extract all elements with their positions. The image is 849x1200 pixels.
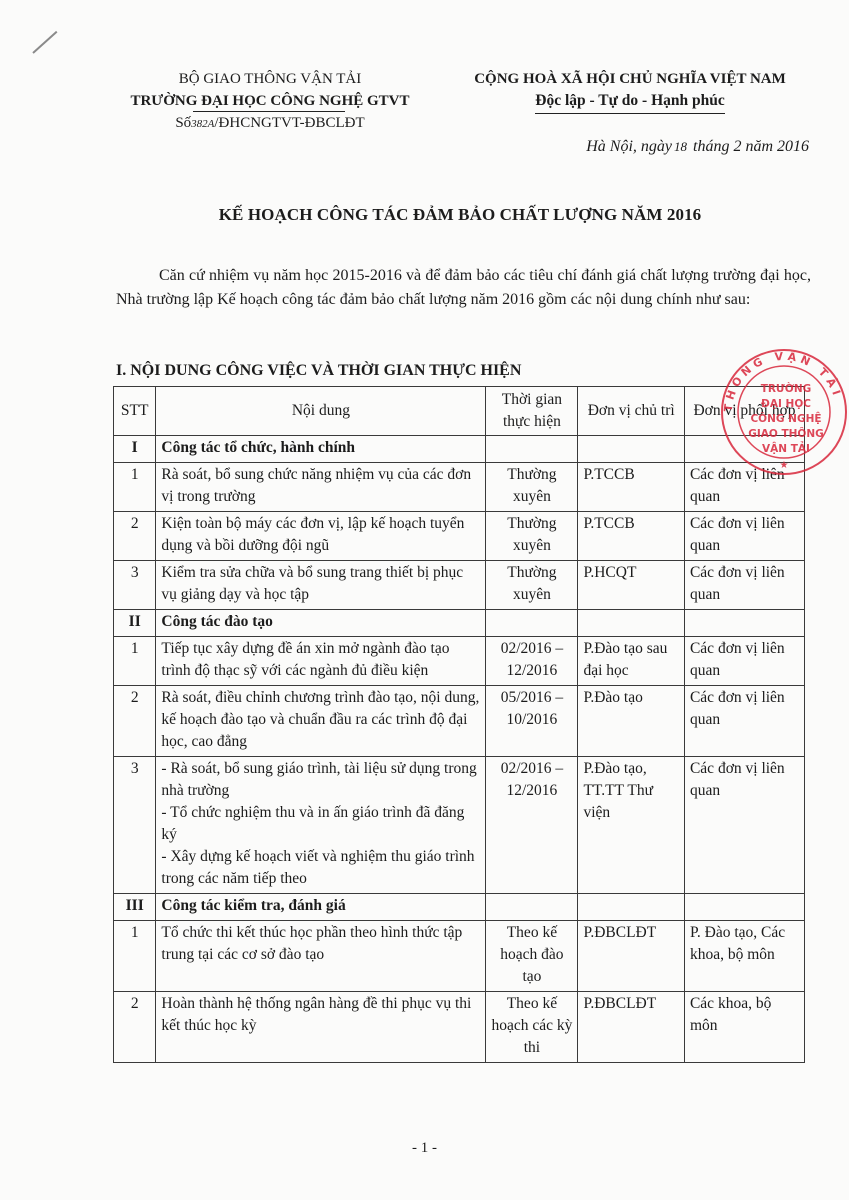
row-number: 2 xyxy=(114,512,156,561)
table-row: 3- Rà soát, bổ sung giáo trình, tài liệu… xyxy=(114,757,805,894)
table-row: 1Tổ chức thi kết thúc học phần theo hình… xyxy=(114,921,805,992)
row-time: Theo kế hoạch đào tạo xyxy=(486,921,578,992)
row-number: 1 xyxy=(114,637,156,686)
empty-cell xyxy=(486,610,578,637)
row-lead-unit: P.ĐBCLĐT xyxy=(578,921,685,992)
plan-table: STT Nội dung Thời gian thực hiện Đơn vị … xyxy=(113,386,805,1063)
empty-cell xyxy=(486,436,578,463)
row-coop-unit: Các đơn vị liên quan xyxy=(684,561,804,610)
row-coop-unit: Các khoa, bộ môn xyxy=(684,992,804,1063)
header-right: CỘNG HOÀ XÃ HỘI CHỦ NGHĨA VIỆT NAM Độc l… xyxy=(440,68,820,114)
row-number: 3 xyxy=(114,757,156,894)
empty-cell xyxy=(578,436,685,463)
row-content: Kiểm tra sửa chữa và bổ sung trang thiết… xyxy=(156,561,486,610)
ministry-name: BỘ GIAO THÔNG VẬN TẢI xyxy=(100,68,440,90)
row-number: 1 xyxy=(114,463,156,512)
row-lead-unit: P.Đào tạo xyxy=(578,686,685,757)
header-left: BỘ GIAO THÔNG VẬN TẢI TRƯỜNG ĐẠI HỌC CÔN… xyxy=(100,68,440,135)
header-content: Nội dung xyxy=(156,387,486,436)
row-time: 02/2016 – 12/2016 xyxy=(486,757,578,894)
national-motto: Độc lập - Tự do - Hạnh phúc xyxy=(535,90,724,114)
plan-table-body: ICông tác tổ chức, hành chính1Rà soát, b… xyxy=(114,436,805,1063)
empty-cell xyxy=(684,894,804,921)
document-number: Số382A/ĐHCNGTVT-ĐBCLĐT xyxy=(100,112,440,135)
group-title: Công tác tổ chức, hành chính xyxy=(156,436,486,463)
row-coop-unit: Các đơn vị liên quan xyxy=(684,757,804,894)
row-number: 2 xyxy=(114,992,156,1063)
group-number: II xyxy=(114,610,156,637)
row-content: Tổ chức thi kết thúc học phần theo hình … xyxy=(156,921,486,992)
row-time: 05/2016 – 10/2016 xyxy=(486,686,578,757)
empty-cell xyxy=(486,894,578,921)
handwritten-number: 382A xyxy=(191,118,214,130)
table-group-row: IICông tác đào tạo xyxy=(114,610,805,637)
document-title: KẾ HOẠCH CÔNG TÁC ĐẢM BẢO CHẤT LƯỢNG NĂM… xyxy=(100,205,820,225)
group-number: I xyxy=(114,436,156,463)
empty-cell xyxy=(578,894,685,921)
document-date: Hà Nội, ngày18 tháng 2 năm 2016 xyxy=(586,138,809,156)
row-time: Thường xuyên xyxy=(486,561,578,610)
school-name: TRƯỜNG ĐẠI HỌC CÔNG NGHỆ GTVT xyxy=(100,90,440,112)
row-number: 1 xyxy=(114,921,156,992)
table-row: 2Kiện toàn bộ máy các đơn vị, lập kế hoạ… xyxy=(114,512,805,561)
header-lead-unit: Đơn vị chủ trì xyxy=(578,387,685,436)
empty-cell xyxy=(684,610,804,637)
row-number: 2 xyxy=(114,686,156,757)
row-time: Theo kế hoạch các kỳ thi xyxy=(486,992,578,1063)
row-coop-unit: Các đơn vị liên quan xyxy=(684,686,804,757)
table-group-row: IIICông tác kiểm tra, đánh giá xyxy=(114,894,805,921)
group-title: Công tác kiểm tra, đánh giá xyxy=(156,894,486,921)
row-content: - Rà soát, bổ sung giáo trình, tài liệu … xyxy=(156,757,486,894)
empty-cell xyxy=(578,610,685,637)
row-coop-unit: Các đơn vị liên quan xyxy=(684,637,804,686)
group-title: Công tác đào tạo xyxy=(156,610,486,637)
row-time: Thường xuyên xyxy=(486,512,578,561)
empty-cell xyxy=(684,436,804,463)
school-underline xyxy=(193,111,345,112)
intro-paragraph: Căn cứ nhiệm vụ năm học 2015-2016 và để … xyxy=(116,264,811,312)
handwritten-day: 18 xyxy=(674,139,687,154)
row-content: Kiện toàn bộ máy các đơn vị, lập kế hoạc… xyxy=(156,512,486,561)
nation-name: CỘNG HOÀ XÃ HỘI CHỦ NGHĨA VIỆT NAM xyxy=(440,68,820,90)
header-stt: STT xyxy=(114,387,156,436)
table-row: 1Tiếp tục xây dựng đề án xin mở ngành đà… xyxy=(114,637,805,686)
group-number: III xyxy=(114,894,156,921)
row-content: Rà soát, bổ sung chức năng nhiệm vụ của … xyxy=(156,463,486,512)
row-coop-unit: Các đơn vị liên quan xyxy=(684,512,804,561)
row-lead-unit: P.TCCB xyxy=(578,512,685,561)
table-group-row: ICông tác tổ chức, hành chính xyxy=(114,436,805,463)
table-row: 2Rà soát, điều chỉnh chương trình đào tạ… xyxy=(114,686,805,757)
table-row: 3Kiểm tra sửa chữa và bổ sung trang thiế… xyxy=(114,561,805,610)
header-time: Thời gian thực hiện xyxy=(486,387,578,436)
table-row: 1Rà soát, bổ sung chức năng nhiệm vụ của… xyxy=(114,463,805,512)
row-content: Tiếp tục xây dựng đề án xin mở ngành đào… xyxy=(156,637,486,686)
row-content: Rà soát, điều chỉnh chương trình đào tạo… xyxy=(156,686,486,757)
row-lead-unit: P.Đào tạo sau đại học xyxy=(578,637,685,686)
row-lead-unit: P.Đào tạo, TT.TT Thư viện xyxy=(578,757,685,894)
header-coop-unit: Đơn vị phối hợp xyxy=(684,387,804,436)
row-content: Hoàn thành hệ thống ngân hàng đề thi phụ… xyxy=(156,992,486,1063)
page-number: - 1 - xyxy=(0,1140,849,1157)
row-time: 02/2016 – 12/2016 xyxy=(486,637,578,686)
row-time: Thường xuyên xyxy=(486,463,578,512)
table-row: 2Hoàn thành hệ thống ngân hàng đề thi ph… xyxy=(114,992,805,1063)
row-lead-unit: P.ĐBCLĐT xyxy=(578,992,685,1063)
row-number: 3 xyxy=(114,561,156,610)
row-lead-unit: P.HCQT xyxy=(578,561,685,610)
pen-mark xyxy=(32,31,57,54)
row-coop-unit: Các đơn vị liên quan xyxy=(684,463,804,512)
row-lead-unit: P.TCCB xyxy=(578,463,685,512)
table-header-row: STT Nội dung Thời gian thực hiện Đơn vị … xyxy=(114,387,805,436)
section-heading: I. NỘI DUNG CÔNG VIỆC VÀ THỜI GIAN THỰC … xyxy=(116,362,521,380)
row-coop-unit: P. Đào tạo, Các khoa, bộ môn xyxy=(684,921,804,992)
